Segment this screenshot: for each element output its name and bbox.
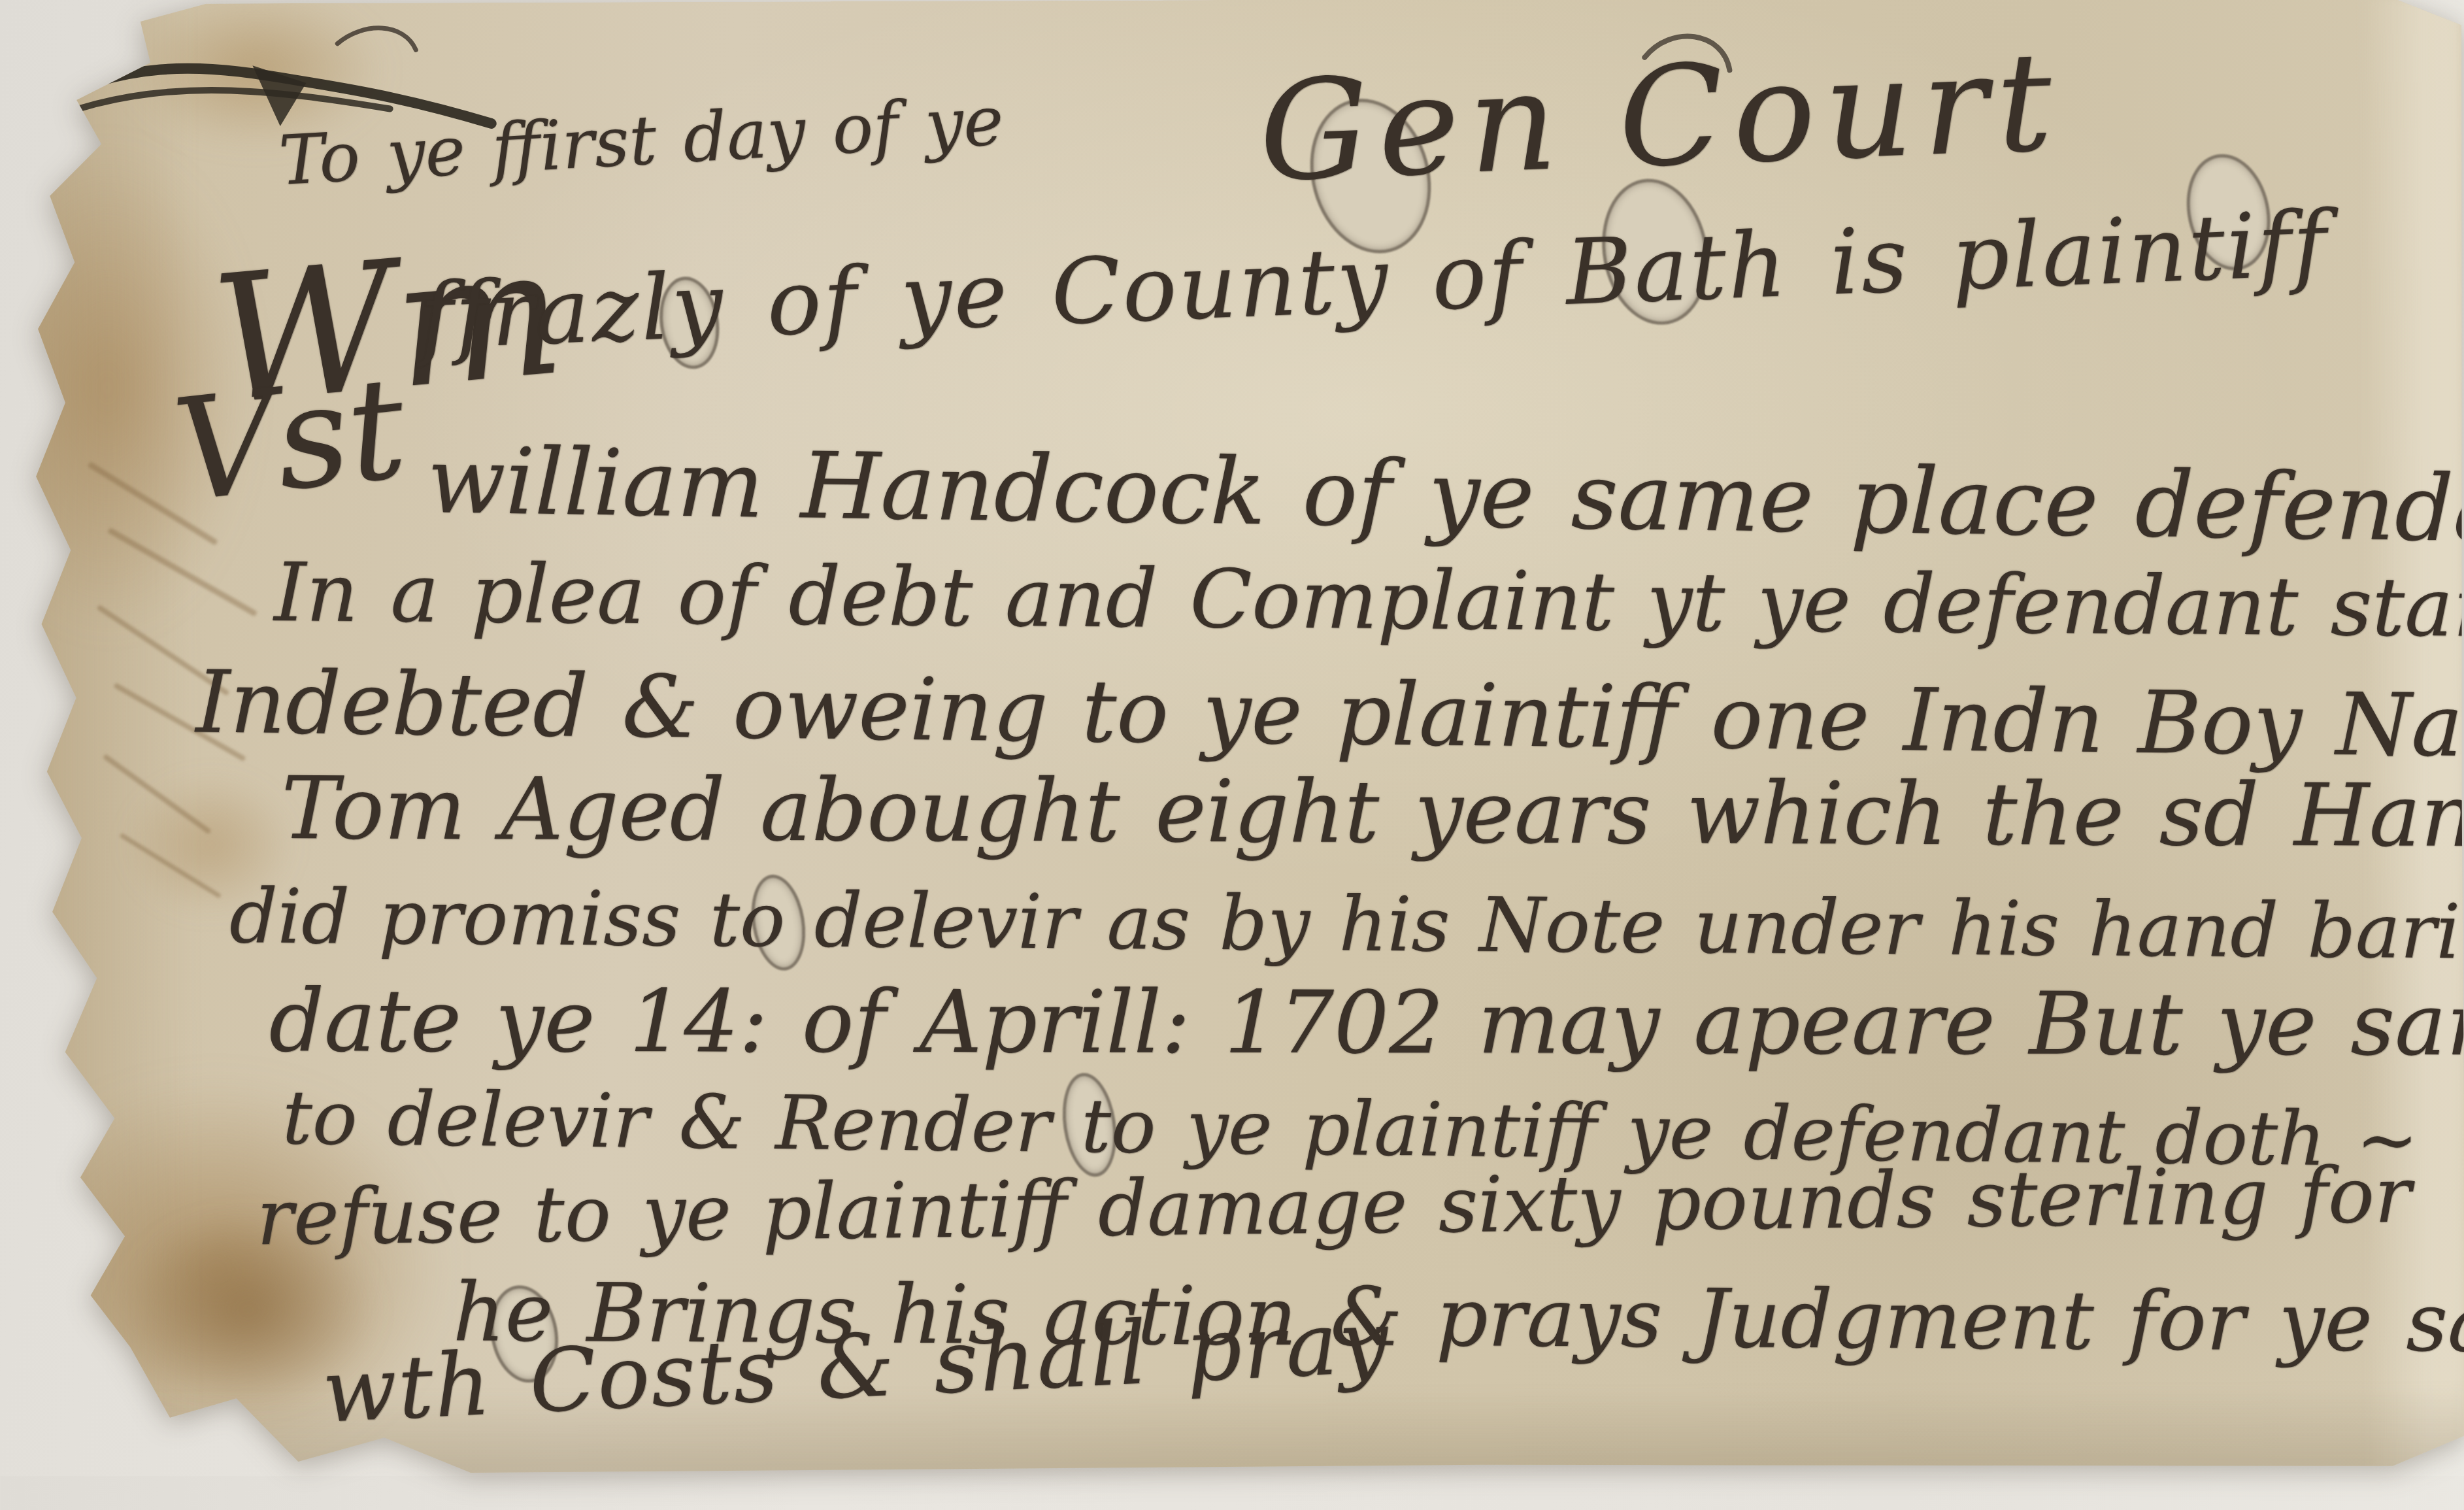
photo-background: To ye ffirst day of ye Gen Court Wm ffra… <box>0 0 2464 1476</box>
manuscript-paper: To ye ffirst day of ye Gen Court Wm ffra… <box>0 0 2464 1476</box>
manuscript-initial-vst: Vst <box>167 345 413 533</box>
manuscript-line-damage: refuse to ye plaintiff damage sixty poun… <box>256 1150 2412 1263</box>
paper-shadow-wrap: To ye ffirst day of ye Gen Court Wm ffra… <box>0 0 2464 1476</box>
manuscript-line-heading-right: Gen Court <box>1256 22 2064 212</box>
manuscript-line-tom: Tom Aged abought eight years which the s… <box>281 758 2464 867</box>
manuscript-line-date: date ye 14: of Aprill: 1702 may apeare B… <box>269 971 2464 1075</box>
bleed-through-mark <box>103 754 212 834</box>
manuscript-line-promise: did promiss to delevir as by his Note un… <box>229 873 2464 977</box>
bleed-through-mark <box>119 833 222 899</box>
manuscript-line-plea: In a plea of debt and Complaint yt ye de… <box>274 546 2464 656</box>
bleed-through-mark <box>107 528 258 617</box>
manuscript-line-defendant: william Handcock of ye same place defend… <box>426 428 2464 564</box>
manuscript-line-heading-left: To ye ffirst day of ye <box>277 80 1006 201</box>
manuscript-line-plaintiff: ffrazly of ye County of Bath is plaintif… <box>418 191 2331 369</box>
